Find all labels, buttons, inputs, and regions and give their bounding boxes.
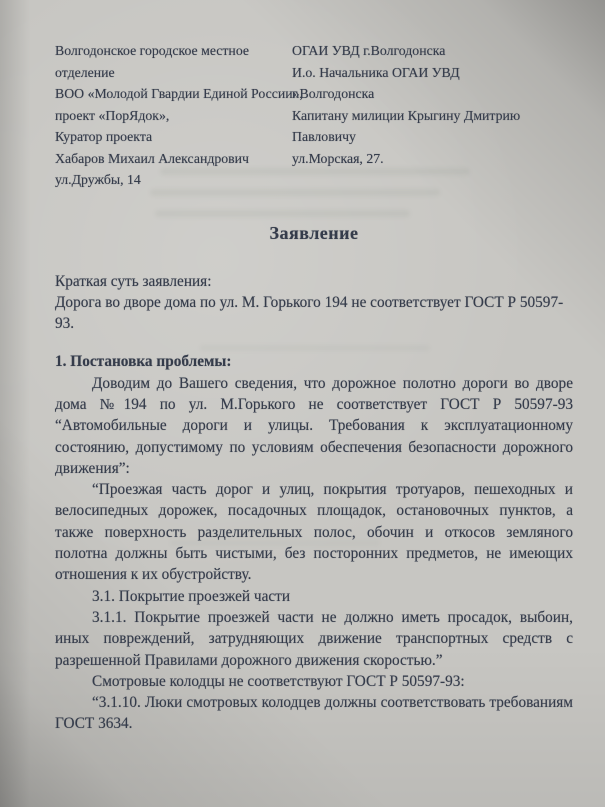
recipient-address-line: Капитану милиции Крыгину Дмитрию	[292, 105, 573, 127]
sender-address-line: Куратор проекта	[55, 126, 292, 148]
summary-label: Краткая суть заявления:	[55, 271, 573, 292]
body-paragraph: 3.1.1. Покрытие проезжей части не должно…	[55, 607, 573, 671]
sender-address-line: отделение	[55, 62, 292, 84]
body-paragraph: “3.1.10. Люки смотровых колодцев должны …	[55, 692, 573, 735]
recipient-address-line: Павловичу	[292, 126, 573, 148]
sender-address-block: Волгодонское городское местноеотделениеВ…	[55, 40, 292, 191]
sender-address-line: ул.Дружбы, 14	[55, 169, 292, 191]
sender-address-line: Волгодонское городское местное	[55, 40, 292, 62]
document-photo: Волгодонское городское местноеотделениеВ…	[0, 0, 605, 807]
recipient-address-line: г.Волгодонска	[292, 83, 573, 105]
address-header: Волгодонское городское местноеотделениеВ…	[55, 40, 573, 191]
body-paragraph: Доводим до Вашего сведения, что дорожное…	[55, 373, 573, 479]
summary-text: Дорога во дворе дома по ул. М. Горького …	[55, 292, 573, 335]
sender-address-line: ВОО «Молодой Гвардии Единой России»,	[55, 83, 292, 105]
recipient-address-line: ОГАИ УВД г.Волгодонска	[292, 40, 573, 62]
section-body: Доводим до Вашего сведения, что дорожное…	[55, 373, 573, 735]
body-paragraph: Смотровые колодцы не соответствуют ГОСТ …	[55, 671, 573, 692]
document-title: Заявление	[55, 222, 573, 244]
section-heading: 1. Постановка проблемы:	[55, 351, 573, 372]
recipient-address-line: ул.Морская, 27.	[292, 148, 573, 170]
body-paragraph: 3.1. Покрытие проезжей части	[55, 586, 573, 607]
sender-address-line: проект «ПорЯдок»,	[55, 105, 292, 127]
summary-block: Краткая суть заявления: Дорога во дворе …	[55, 271, 573, 335]
recipient-address-block: ОГАИ УВД г.ВолгодонскаИ.о. Начальника ОГ…	[292, 40, 573, 169]
document-page: Волгодонское городское местноеотделениеВ…	[0, 0, 605, 735]
section-problem-statement: 1. Постановка проблемы: Доводим до Вашег…	[55, 351, 573, 734]
recipient-address-line: И.о. Начальника ОГАИ УВД	[292, 62, 573, 84]
body-paragraph: “Проезжая часть дорог и улиц, покрытия т…	[55, 479, 573, 585]
sender-address-line: Хабаров Михаил Александрович	[55, 148, 292, 170]
